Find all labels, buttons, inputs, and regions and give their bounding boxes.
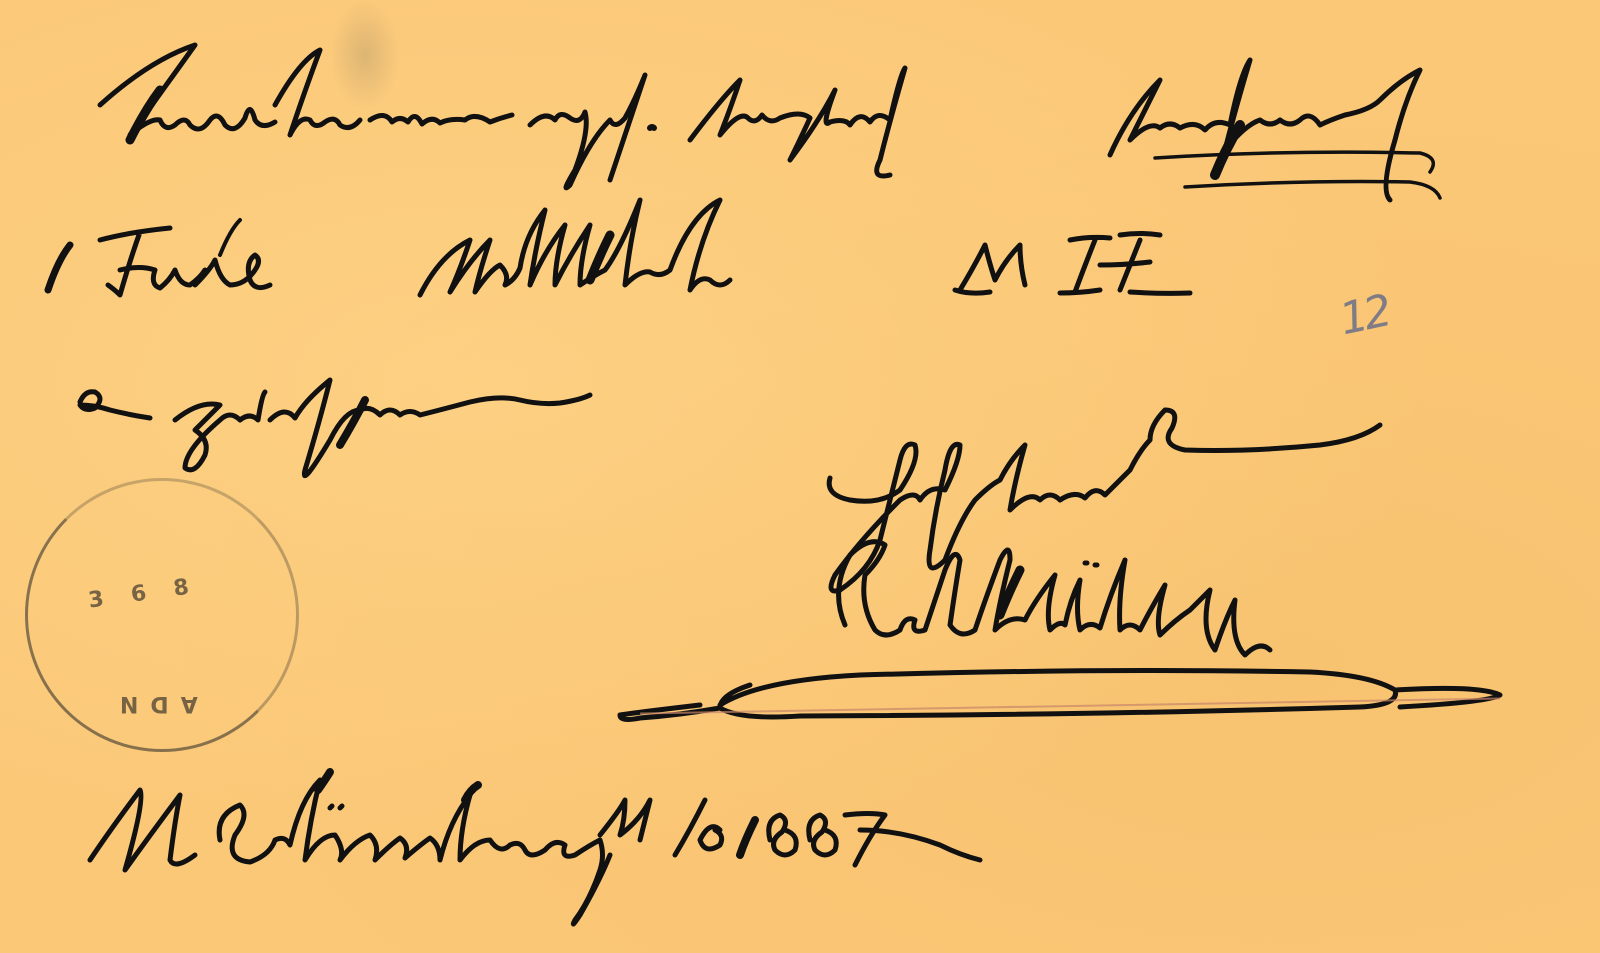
- place-date-strokes: [90, 772, 980, 924]
- postmark-date: 3 6 8: [87, 573, 201, 613]
- closing-strokes: [829, 410, 1380, 591]
- line2-strokes: [48, 200, 1190, 295]
- postmark-place: ADN: [108, 691, 198, 716]
- postmark-stamp: 3 6 8 ADN: [25, 478, 299, 752]
- line3-strokes: [80, 380, 590, 476]
- line1-strokes: [100, 45, 1440, 200]
- signature-strokes: [620, 542, 1500, 720]
- handwriting-strokes: [0, 0, 1600, 953]
- pencil-annotation: 12: [1335, 286, 1393, 346]
- postcard: Senden Sie mir gef. zugleich 1 Kiste Mat…: [0, 0, 1600, 953]
